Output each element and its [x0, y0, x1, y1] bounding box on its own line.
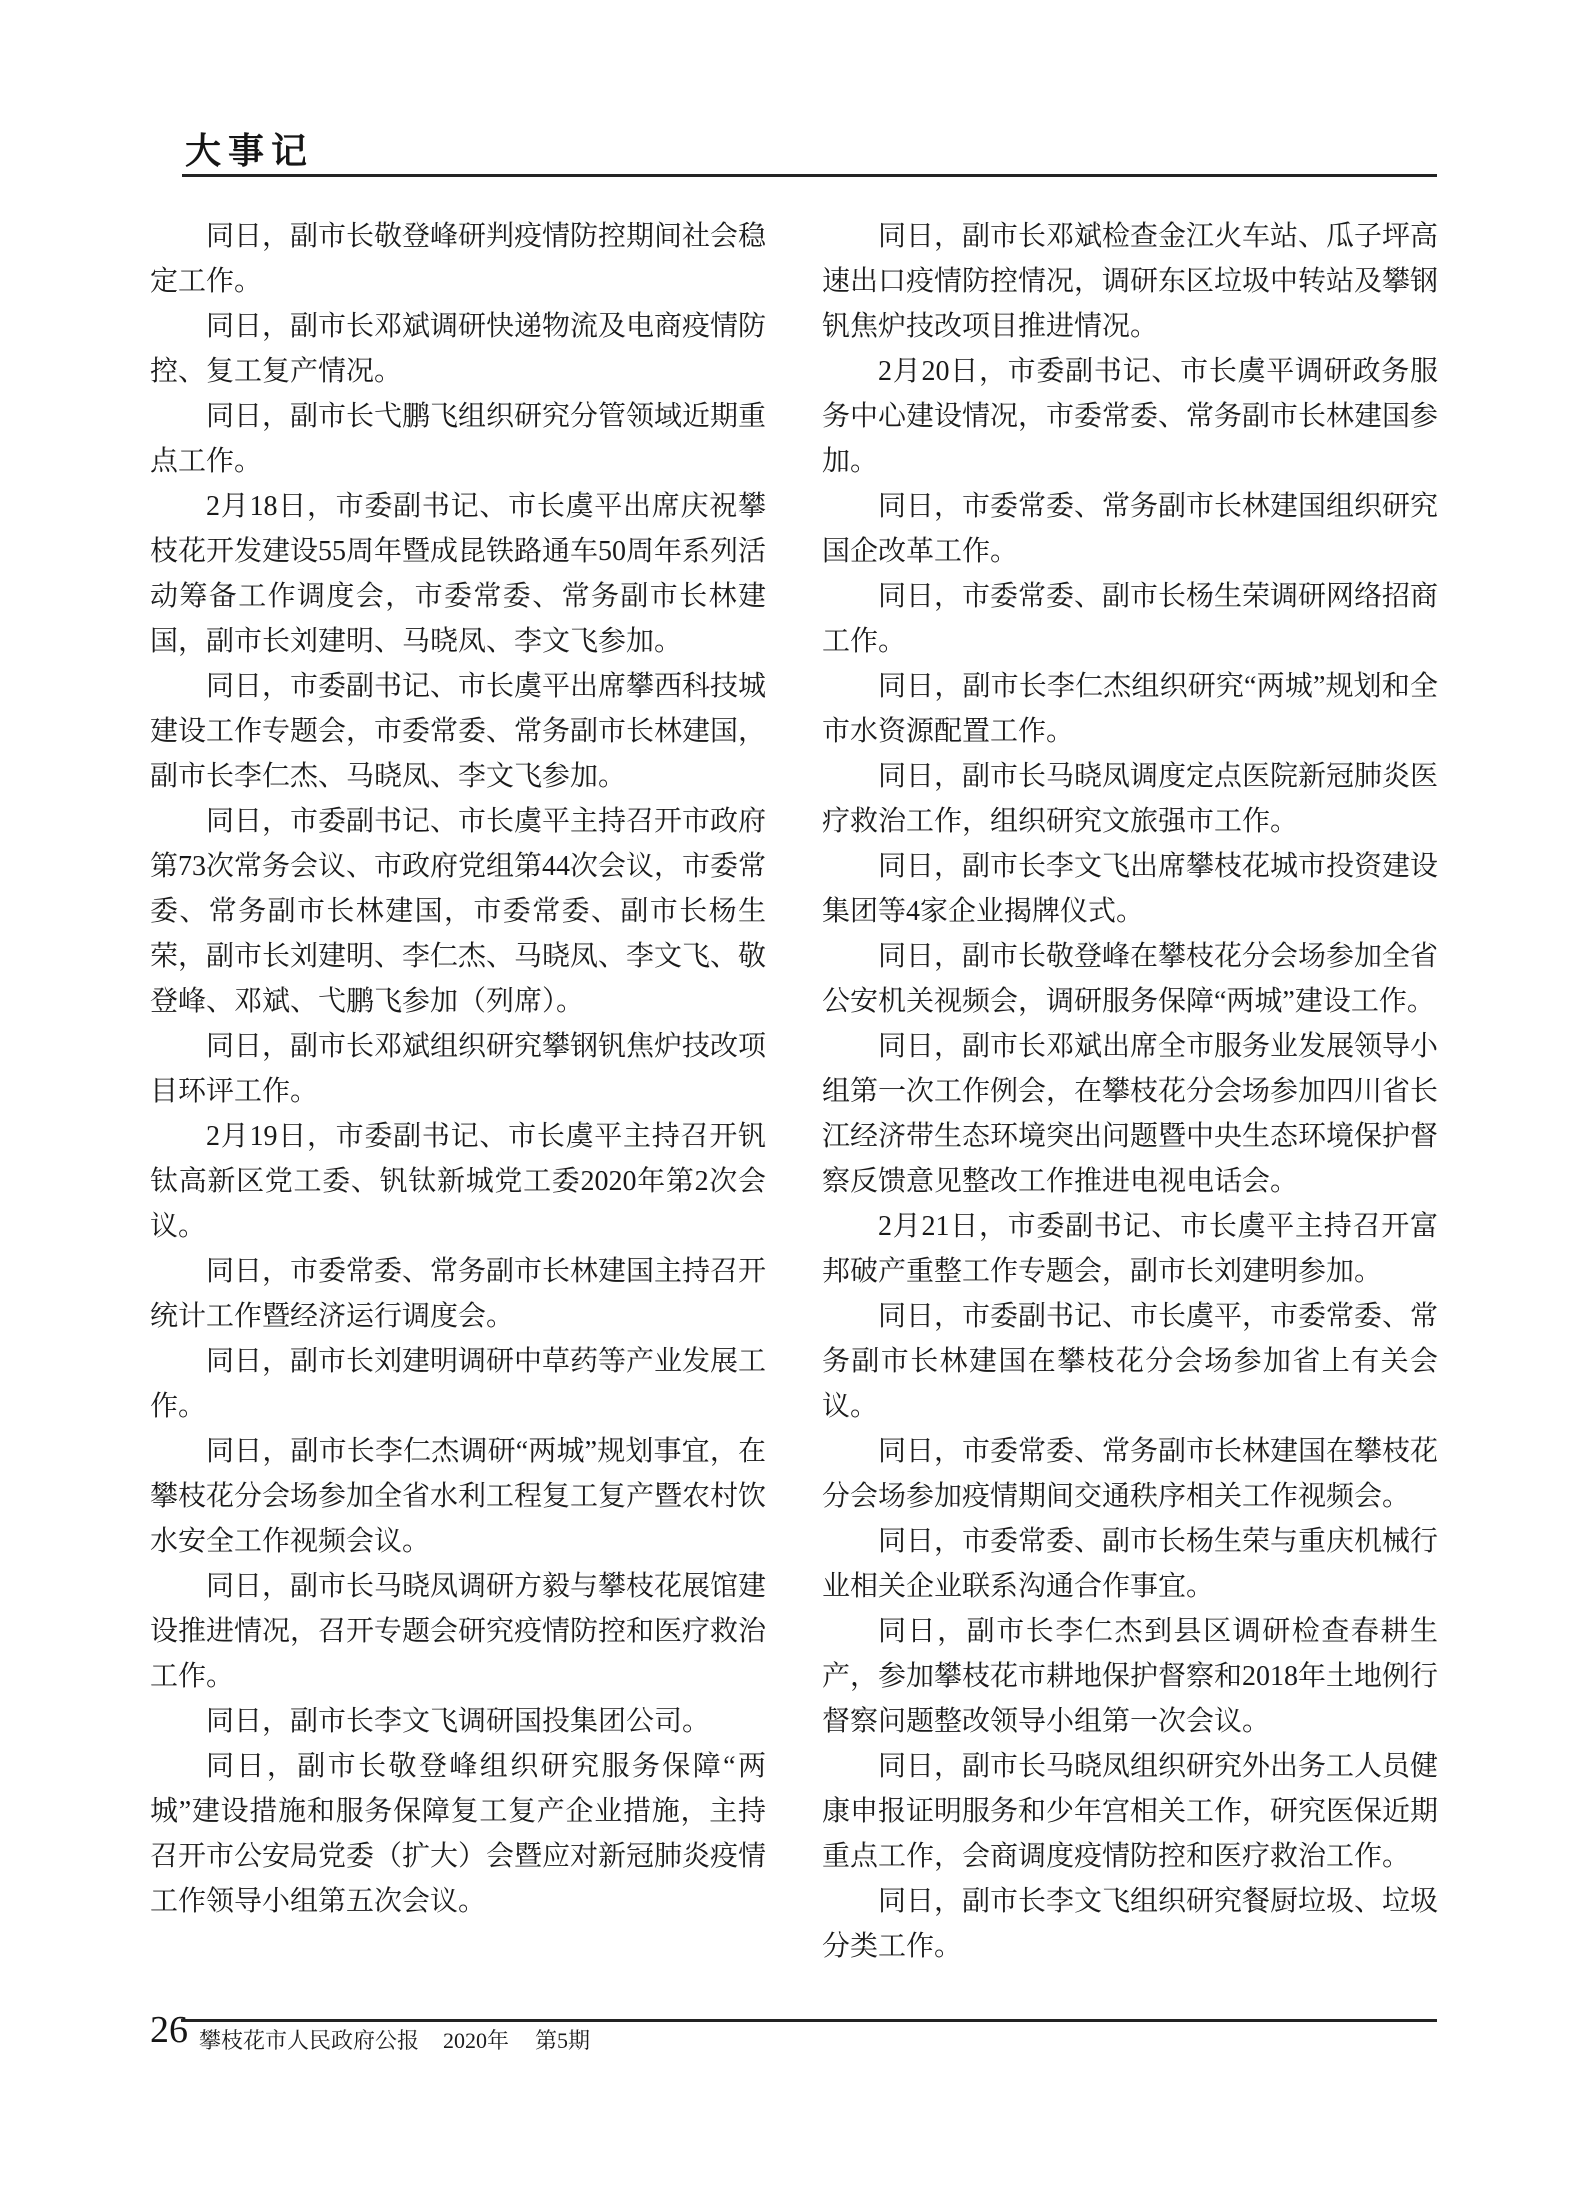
- paragraph: 同日，副市长邓斌调研快递物流及电商疫情防控、复工复产情况。: [150, 304, 766, 394]
- paragraph: 同日，副市长李文飞调研国投集团公司。: [150, 1699, 766, 1744]
- paragraph: 同日，副市长李文飞组织研究餐厨垃圾、垃圾分类工作。: [822, 1879, 1438, 1969]
- paragraph: 同日，副市长敬登峰组织研究服务保障“两城”建设措施和服务保障复工复产企业措施，主…: [150, 1744, 766, 1924]
- paragraph: 2月19日，市委副书记、市长虞平主持召开钒钛高新区党工委、钒钛新城党工委2020…: [150, 1114, 766, 1249]
- paragraph: 同日，副市长弋鹏飞组织研究分管领域近期重点工作。: [150, 394, 766, 484]
- paragraph: 同日，市委常委、副市长杨生荣调研网络招商工作。: [822, 574, 1438, 664]
- page-number: 26: [150, 2008, 188, 2052]
- paragraph: 同日，副市长李文飞出席攀枝花城市投资建设集团等4家企业揭牌仪式。: [822, 844, 1438, 934]
- paragraph: 同日，副市长马晓凤组织研究外出务工人员健康申报证明服务和少年宫相关工作，研究医保…: [822, 1744, 1438, 1879]
- paragraph: 2月18日，市委副书记、市长虞平出席庆祝攀枝花开发建设55周年暨成昆铁路通车50…: [150, 484, 766, 664]
- paragraph: 同日，副市长邓斌检查金江火车站、瓜子坪高速出口疫情防控情况，调研东区垃圾中转站及…: [822, 214, 1438, 349]
- page-title: 大事记: [185, 129, 314, 173]
- paragraph: 同日，副市长邓斌出席全市服务业发展领导小组第一次工作例会，在攀枝花分会场参加四川…: [822, 1024, 1438, 1204]
- right-column: 同日，副市长邓斌检查金江火车站、瓜子坪高速出口疫情防控情况，调研东区垃圾中转站及…: [822, 214, 1438, 1969]
- paragraph: 同日，副市长马晓凤调研方毅与攀枝花展馆建设推进情况，召开专题会研究疫情防控和医疗…: [150, 1564, 766, 1699]
- paragraph: 同日，副市长李仁杰调研“两城”规划事宜，在攀枝花分会场参加全省水利工程复工复产暨…: [150, 1429, 766, 1564]
- paragraph: 同日，市委常委、常务副市长林建国在攀枝花分会场参加疫情期间交通秩序相关工作视频会…: [822, 1429, 1438, 1519]
- document-page: 大事记 同日，副市长敬登峰研判疫情防控期间社会稳定工作。同日，副市长邓斌调研快递…: [0, 0, 1587, 2192]
- footer-text: 攀枝花市人民政府公报2020年第5期: [199, 2026, 590, 2056]
- paragraph: 同日，市委副书记、市长虞平出席攀西科技城建设工作专题会，市委常委、常务副市长林建…: [150, 664, 766, 799]
- left-column: 同日，副市长敬登峰研判疫情防控期间社会稳定工作。同日，副市长邓斌调研快递物流及电…: [150, 214, 766, 1924]
- paragraph: 同日，副市长敬登峰在攀枝花分会场参加全省公安机关视频会，调研服务保障“两城”建设…: [822, 934, 1438, 1024]
- paragraph: 同日，市委副书记、市长虞平，市委常委、常务副市长林建国在攀枝花分会场参加省上有关…: [822, 1294, 1438, 1429]
- publication-name: 攀枝花市人民政府公报: [199, 2028, 419, 2053]
- paragraph: 同日，副市长敬登峰研判疫情防控期间社会稳定工作。: [150, 214, 766, 304]
- paragraph: 同日，副市长李仁杰组织研究“两城”规划和全市水资源配置工作。: [822, 664, 1438, 754]
- paragraph: 2月21日，市委副书记、市长虞平主持召开富邦破产重整工作专题会，副市长刘建明参加…: [822, 1204, 1438, 1294]
- paragraph: 同日，副市长李仁杰到县区调研检查春耕生产，参加攀枝花市耕地保护督察和2018年土…: [822, 1609, 1438, 1744]
- paragraph: 同日，市委常委、副市长杨生荣与重庆机械行业相关企业联系沟通合作事宜。: [822, 1519, 1438, 1609]
- header-rule: [182, 174, 1437, 177]
- footer-rule: [181, 2019, 1437, 2022]
- paragraph: 同日，副市长邓斌组织研究攀钢钒焦炉技改项目环评工作。: [150, 1024, 766, 1114]
- paragraph: 2月20日，市委副书记、市长虞平调研政务服务中心建设情况，市委常委、常务副市长林…: [822, 349, 1438, 484]
- paragraph: 同日，市委常委、常务副市长林建国主持召开统计工作暨经济运行调度会。: [150, 1249, 766, 1339]
- paragraph: 同日，副市长刘建明调研中草药等产业发展工作。: [150, 1339, 766, 1429]
- paragraph: 同日，副市长马晓凤调度定点医院新冠肺炎医疗救治工作，组织研究文旅强市工作。: [822, 754, 1438, 844]
- paragraph: 同日，市委常委、常务副市长林建国组织研究国企改革工作。: [822, 484, 1438, 574]
- publication-issue: 第5期: [535, 2028, 590, 2053]
- paragraph: 同日，市委副书记、市长虞平主持召开市政府第73次常务会议、市政府党组第44次会议…: [150, 799, 766, 1024]
- publication-year: 2020年: [443, 2028, 509, 2053]
